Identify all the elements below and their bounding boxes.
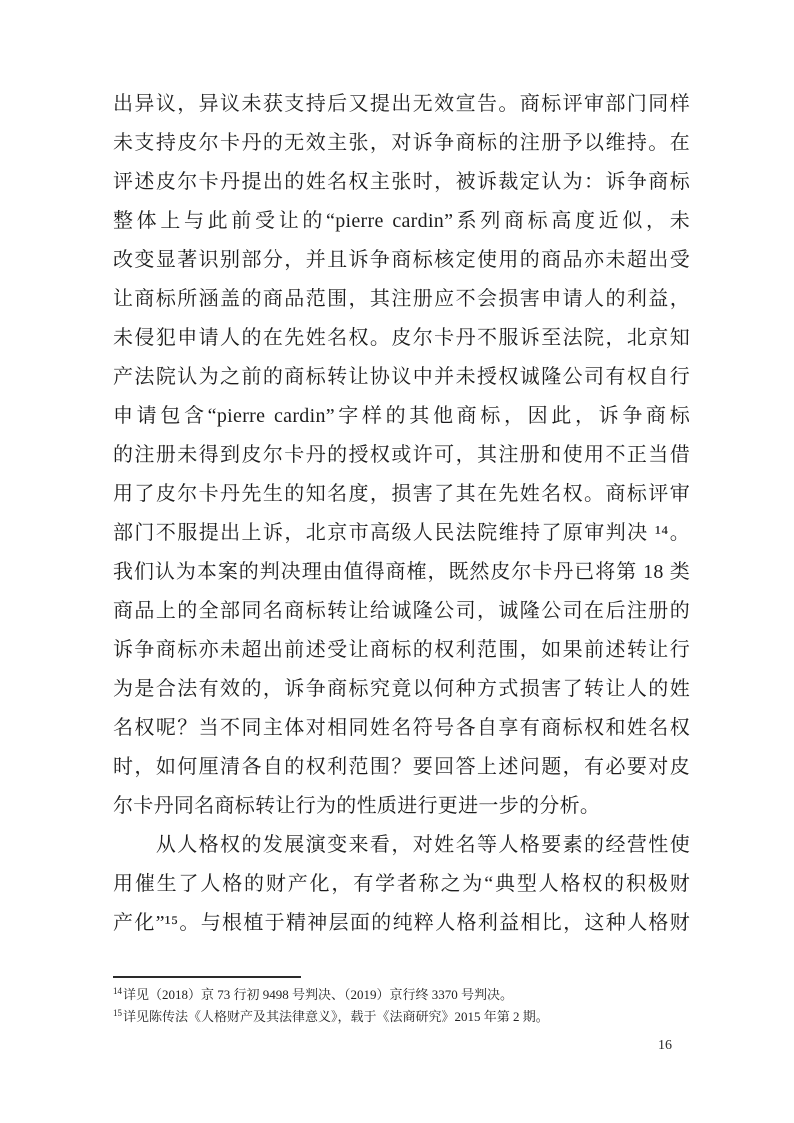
- body-line: 我们认为本案的判决理由值得商榷，既然皮尔卡丹已将第 18 类: [113, 553, 690, 592]
- body-line: 用催生了人格的财产化，有学者称之为“典型人格权的积极财: [113, 865, 690, 904]
- footnote-text: 详见陈传法《人格财产及其法律意义》，载于《法商研究》2015 年第 2 期。: [123, 1009, 549, 1024]
- body-line: 从人格权的发展演变来看，对姓名等人格要素的经营性使: [113, 826, 690, 865]
- body-line: 商品上的全部同名商标转让给诚隆公司，诚隆公司在后注册的: [113, 592, 690, 631]
- body-line: 用了皮尔卡丹先生的知名度，损害了其在先姓名权。商标评审: [113, 475, 690, 514]
- body-line: 时，如何厘清各自的权利范围？要回答上述问题，有必要对皮: [113, 748, 690, 787]
- body-line: 申请包含“pierre cardin”字样的其他商标，因此，诉争商标: [113, 397, 690, 436]
- body-line: 诉争商标亦未超出前述受让商标的权利范围，如果前述转让行: [113, 631, 690, 670]
- page-number: 16: [658, 1036, 672, 1056]
- body-line: 名权呢？当不同主体对相同姓名符号各自享有商标权和姓名权: [113, 709, 690, 748]
- footnote-text: 详见（2018）京 73 行初 9498 号判决、（2019）京行终 3370 …: [123, 987, 513, 1002]
- body-line: 产化”¹⁵。与根植于精神层面的纯粹人格利益相比，这种人格财: [113, 904, 690, 943]
- body-line: 出异议，异议未获支持后又提出无效宣告。商标评审部门同样: [113, 85, 690, 124]
- footnote-marker: 15: [113, 1008, 122, 1018]
- body-line: 未侵犯申请人的在先姓名权。皮尔卡丹不服诉至法院，北京知: [113, 319, 690, 358]
- body-line: 的注册未得到皮尔卡丹的授权或许可，其注册和使用不正当借: [113, 436, 690, 475]
- document-page: 出异议，异议未获支持后又提出无效宣告。商标评审部门同样未支持皮尔卡丹的无效主张，…: [0, 0, 794, 1123]
- footnote-item: 15详见陈传法《人格财产及其法律意义》，载于《法商研究》2015 年第 2 期。: [113, 1006, 690, 1028]
- body-line: 整体上与此前受让的“pierre cardin”系列商标高度近似，未: [113, 202, 690, 241]
- body-text: 出异议，异议未获支持后又提出无效宣告。商标评审部门同样未支持皮尔卡丹的无效主张，…: [113, 85, 690, 943]
- body-line: 尔卡丹同名商标转让行为的性质进行更进一步的分析。: [113, 787, 690, 826]
- body-line: 评述皮尔卡丹提出的姓名权主张时，被诉裁定认为：诉争商标: [113, 163, 690, 202]
- body-line: 产法院认为之前的商标转让协议中并未授权诚隆公司有权自行: [113, 358, 690, 397]
- body-line: 让商标所涵盖的商品范围，其注册应不会损害申请人的利益，: [113, 280, 690, 319]
- body-line: 未支持皮尔卡丹的无效主张，对诉争商标的注册予以维持。在: [113, 124, 690, 163]
- body-line: 部门不服提出上诉，北京市高级人民法院维持了原审判决 ¹⁴。: [113, 514, 690, 553]
- body-line: 改变显著识别部分，并且诉争商标核定使用的商品亦未超出受: [113, 241, 690, 280]
- body-line: 为是合法有效的，诉争商标究竟以何种方式损害了转让人的姓: [113, 670, 690, 709]
- footnote-item: 14详见（2018）京 73 行初 9498 号判决、（2019）京行终 337…: [113, 984, 690, 1006]
- footnote-marker: 14: [113, 986, 122, 996]
- footnote-separator: [113, 976, 301, 978]
- footnotes: 14详见（2018）京 73 行初 9498 号判决、（2019）京行终 337…: [113, 984, 690, 1028]
